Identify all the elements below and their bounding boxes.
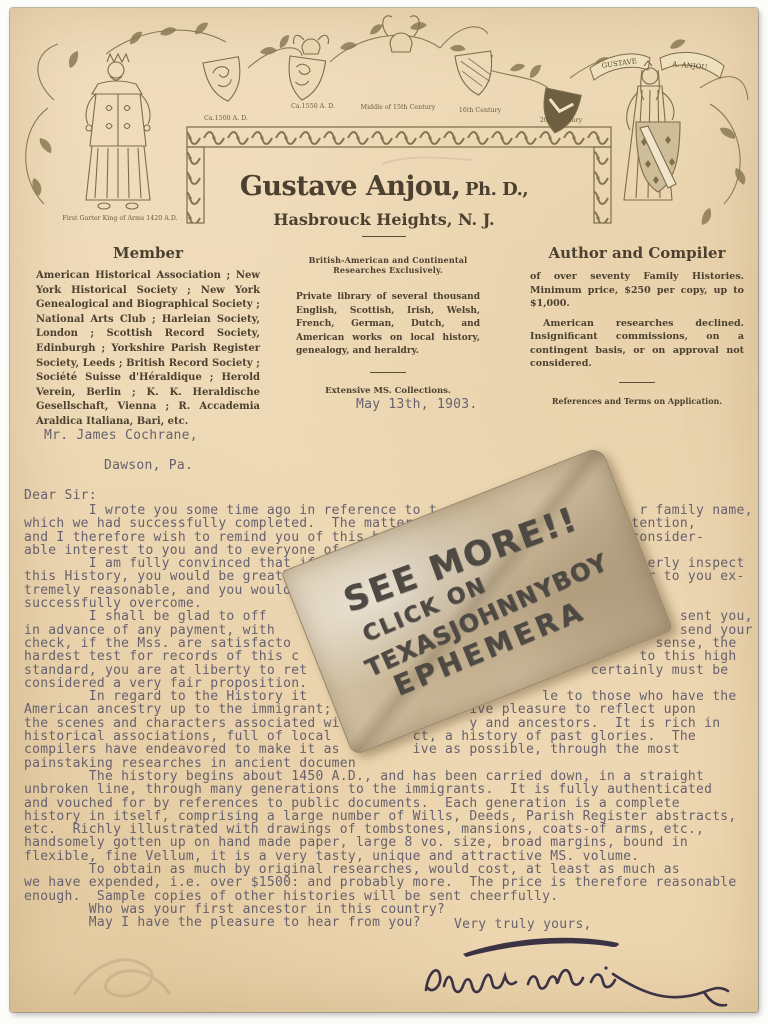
letter-body-line: we have expended, i.e. over $1500: and p… xyxy=(24,876,756,889)
author-divider xyxy=(619,382,655,383)
recipient-name: Mr. James Cochrane, xyxy=(44,428,198,443)
center-column: British-American and Continental Researc… xyxy=(290,255,486,396)
ms-collections: Extensive MS. Collections. xyxy=(290,386,486,396)
letter-date: May 13th, 1903. xyxy=(356,397,477,412)
letter-body-line: painstaking researches in ancient docume… xyxy=(24,757,756,770)
letter-body-line: compilers have endeavored to make it as … xyxy=(24,743,756,756)
letterhead-title: Gustave Anjou, Ph. D., xyxy=(10,171,758,202)
letter-body-line: and vouched for by references to public … xyxy=(24,797,756,810)
references-line: References and Terms on Application. xyxy=(530,396,744,406)
recipient-city: Dawson, Pa. xyxy=(104,458,193,473)
letter-body-line: The history begins about 1450 A.D., and … xyxy=(24,770,756,783)
letter-body-line: To obtain as much by original researches… xyxy=(24,863,756,876)
author-declined: American researches declined. Insignific… xyxy=(530,317,744,371)
title-divider xyxy=(362,236,406,237)
faint-pencil-mark xyxy=(382,158,472,165)
author-heading: Author and Compiler xyxy=(530,244,744,262)
heraldic-shields xyxy=(203,16,581,137)
letter-body-line: I wrote you some time ago in reference t… xyxy=(24,504,756,517)
letter-body-line: handsomely gotten up on hand made paper,… xyxy=(24,836,756,849)
letterhead-ornament-artwork: First Garter King of Arms 1420 A.D. Ca.1… xyxy=(10,8,758,243)
center-divider xyxy=(370,372,406,373)
scanned-letter-page: { "colors": { "paper": "#eed9b5", "ornam… xyxy=(0,0,768,1024)
letterhead-degree: Ph. D., xyxy=(465,179,528,200)
library-description: Private library of several thousand Engl… xyxy=(296,291,480,359)
author-column: Author and Compiler of over seventy Fami… xyxy=(530,244,744,406)
signature-handwriting: Gustave Anjou xyxy=(408,930,743,1018)
letterhead-address: Hasbrouck Heights, N. J. xyxy=(10,210,758,229)
letter-body-line: enough. Sample copies of other histories… xyxy=(24,890,756,903)
salutation: Dear Sir: xyxy=(24,488,97,503)
author-histories: of over seventy Family Histories. Minimu… xyxy=(530,270,744,311)
shield-caption-4: 16th Century xyxy=(459,107,502,114)
letter-body-line: history in itself, comprising a large nu… xyxy=(24,810,756,823)
letter-paper: First Garter King of Arms 1420 A.D. Ca.1… xyxy=(10,8,758,1012)
letter-body-line: etc. Richly illustrated with drawings of… xyxy=(24,823,756,836)
tagline: British-American and Continental Researc… xyxy=(290,255,486,275)
member-column: Member American Historical Association ;… xyxy=(36,244,260,430)
shield-caption-2: Ca.1550 A. D. xyxy=(291,103,335,110)
letter-body-line: Who was your first ancestor in this coun… xyxy=(24,903,756,916)
member-list: American Historical Association ; New Yo… xyxy=(36,269,260,430)
member-heading: Member xyxy=(36,244,260,262)
letterhead-name: Gustave Anjou, xyxy=(240,171,461,202)
letter-body-line: unbroken line, through many generations … xyxy=(24,783,756,796)
pencil-smudge xyxy=(65,923,215,1018)
shield-caption-5: 20th Century xyxy=(540,117,583,124)
shield-caption-3: Middle of 15th Century xyxy=(361,104,436,111)
letter-body-line: flexible, fine Vellum, it is a very tast… xyxy=(24,850,756,863)
shield-caption-1: Ca.1500 A. D. xyxy=(204,115,248,122)
